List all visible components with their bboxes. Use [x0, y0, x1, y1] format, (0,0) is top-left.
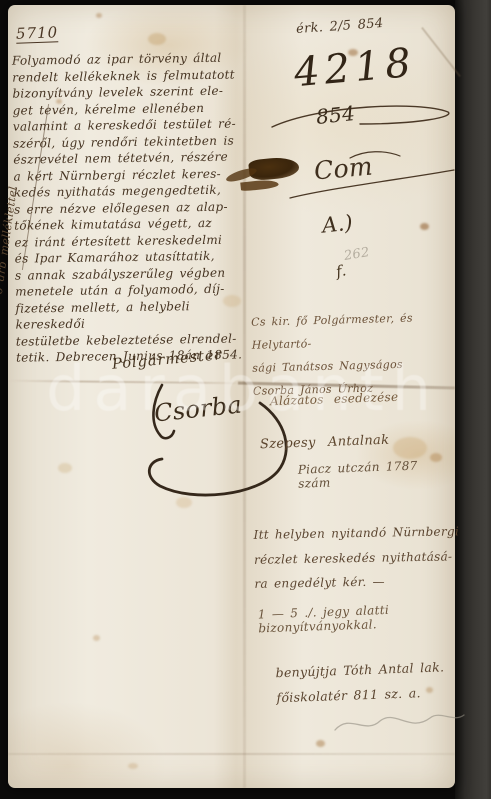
stain-spot: [420, 223, 429, 230]
stain-spot: [93, 635, 100, 641]
fee-mark: f.: [335, 261, 348, 281]
attachments-note: 1 — 5 ./. jegy alatti bizonyítványokkal.: [258, 601, 456, 636]
stain-spot: [393, 437, 427, 459]
pencil-number: 262: [343, 245, 371, 264]
received-note: érk. 2/5 854: [296, 16, 384, 37]
petitioner-name: Szepesy Antalnak: [260, 433, 390, 453]
exhibit-mark: A.): [321, 210, 354, 237]
decision-body-text: Folyamodó az ipar törvény által rendelt …: [12, 49, 254, 366]
docket-year-flourish: [268, 99, 458, 135]
pencil-scribble: [330, 703, 470, 745]
stain-spot: [316, 740, 325, 747]
stain-spot: [148, 33, 166, 45]
request-summary: Itt helyben nyitandó Nürnbergi réczlet k…: [253, 519, 466, 596]
letter-sheet: 5710 Folyamodó az ipar törvény által ren…: [8, 5, 455, 788]
stain-spot: [58, 463, 72, 473]
petitioner-address: Piacz utczán 1787 szám: [298, 457, 456, 490]
corner-crease: [421, 27, 461, 77]
stain-spot: [128, 763, 138, 769]
registry-number: 5710: [16, 23, 59, 43]
docket-word: Com: [313, 151, 374, 185]
submission-note: benyújtja Tóth Antal lak. főiskolatér 81…: [275, 654, 462, 710]
stain-spot: [96, 13, 102, 18]
docket-year: 854: [315, 101, 356, 129]
docket-number: 4218: [292, 40, 417, 96]
bottom-crease: [8, 753, 455, 755]
addressee-block: Cs kir. fő Polgármester, és Helytartó- s…: [251, 305, 463, 402]
